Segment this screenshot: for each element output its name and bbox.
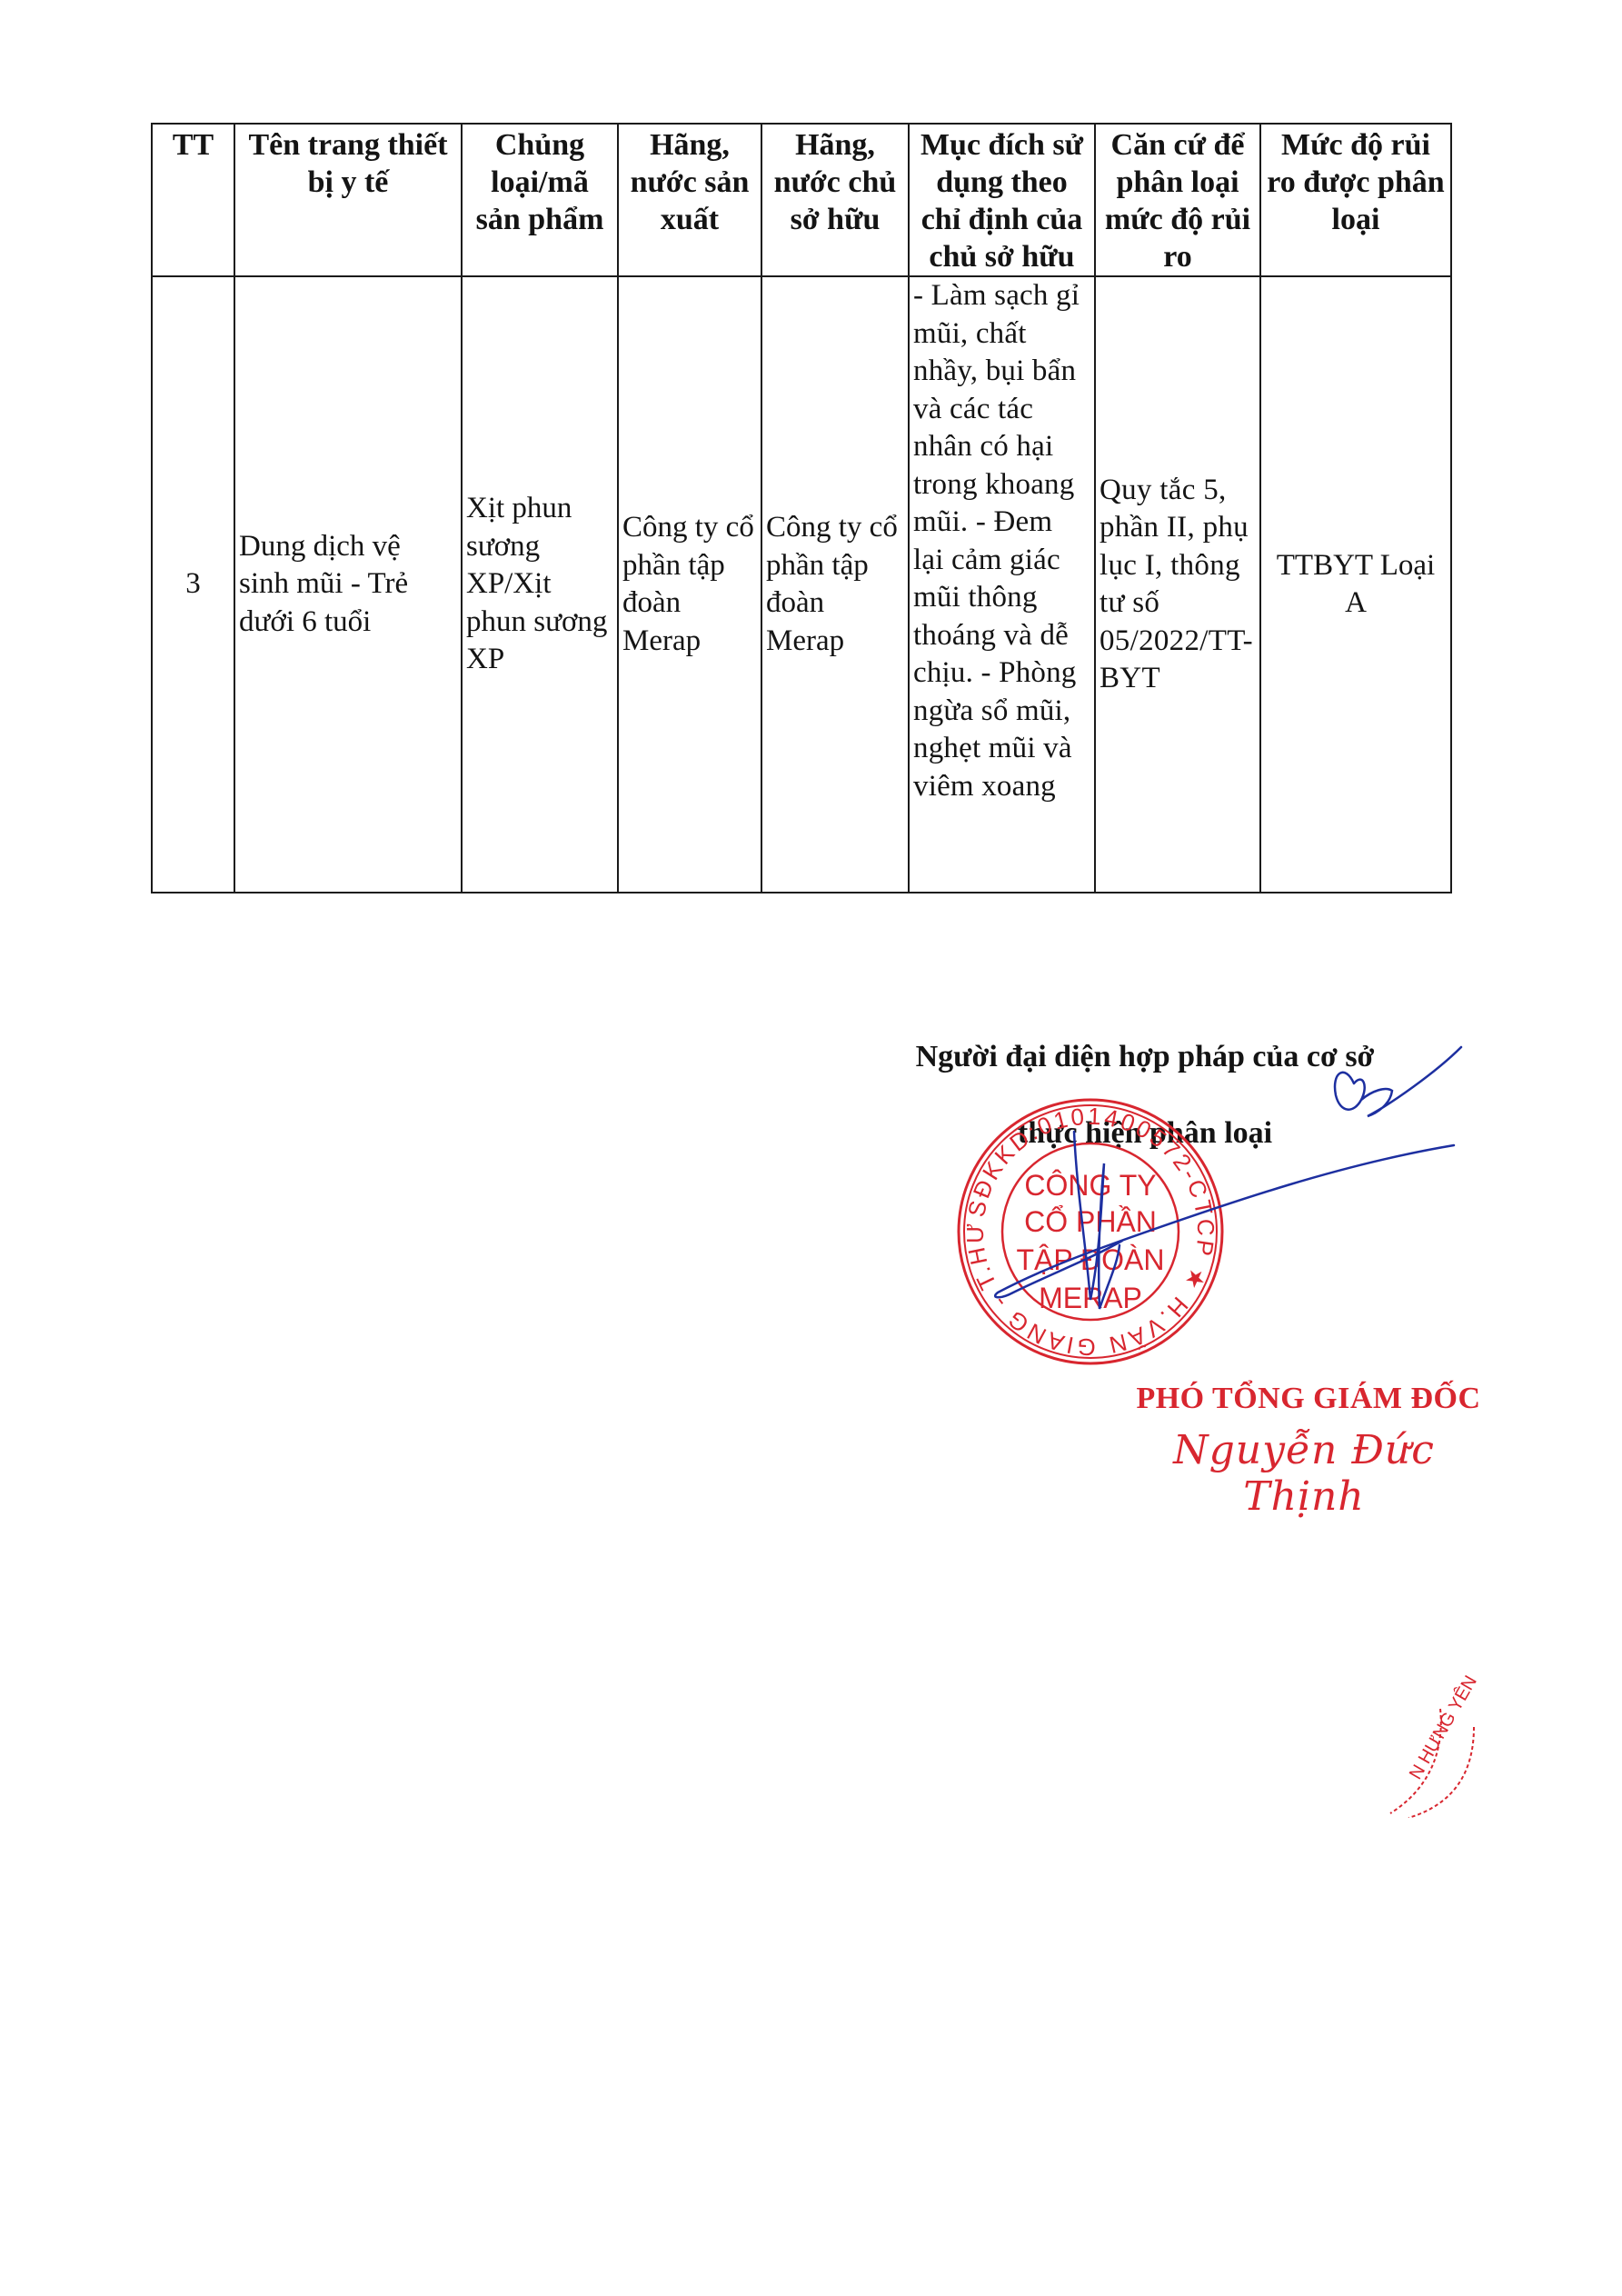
header-purpose: Mục đích sử dụng theo chỉ định của chủ s…: [909, 124, 1095, 276]
cell-device-name: Dung dịch vệ sinh mũi - Trẻ dưới 6 tuổi: [234, 276, 462, 893]
cell-risk-class: TTBYT Loại A: [1260, 276, 1451, 893]
table-row: 3 Dung dịch vệ sinh mũi - Trẻ dưới 6 tuổ…: [152, 276, 1451, 893]
stamp-line-4: MERAP: [1039, 1282, 1142, 1314]
header-owner: Hãng, nước chủ sở hữu: [761, 124, 909, 276]
company-stamp-icon: SĐKKD:0101400572-CTCP ★ H.VĂN GIANG - T.…: [954, 1095, 1227, 1368]
stamp-line-2: CỔ PHẦN: [1024, 1205, 1157, 1238]
stamp-line-3: TẬP ĐOÀN: [1017, 1243, 1165, 1276]
partial-stamp-icon: N HƯNG YÊN: [1372, 1636, 1508, 1818]
header-model: Chủng loại/mã sản phẩm: [462, 124, 618, 276]
header-risk-class: Mức độ rủi ro được phân loại: [1260, 124, 1451, 276]
header-basis: Căn cứ để phân loại mức độ rủi ro: [1095, 124, 1260, 276]
cell-purpose: - Làm sạch gỉ mũi, chất nhầy, bụi bẩn và…: [909, 276, 1095, 893]
cell-manufacturer: Công ty cổ phần tập đoàn Merap: [618, 276, 761, 893]
header-tt: TT: [152, 124, 234, 276]
table-header-row: TT Tên trang thiết bị y tế Chủng loại/mã…: [152, 124, 1451, 276]
cell-tt: 3: [152, 276, 234, 893]
stamp-line-1: CÔNG TY: [1024, 1169, 1156, 1202]
header-manufacturer: Hãng, nước sản xuất: [618, 124, 761, 276]
cell-basis: Quy tắc 5, phần II, phụ lục I, thông tư …: [1095, 276, 1260, 893]
cell-model: Xịt phun sương XP/Xịt phun sương XP: [462, 276, 618, 893]
device-classification-table: TT Tên trang thiết bị y tế Chủng loại/mã…: [151, 123, 1452, 893]
partial-stamp-text: N HƯNG YÊN: [1405, 1672, 1481, 1782]
signature-heading-line1: Người đại diện hợp pháp của cơ sở: [854, 1038, 1436, 1076]
header-device-name: Tên trang thiết bị y tế: [234, 124, 462, 276]
signer-title: PHÓ TỔNG GIÁM ĐỐC: [1118, 1382, 1499, 1416]
signer-name: Nguyễn Đức Thịnh: [1113, 1427, 1495, 1520]
cell-owner: Công ty cổ phần tập đoàn Merap: [761, 276, 909, 893]
